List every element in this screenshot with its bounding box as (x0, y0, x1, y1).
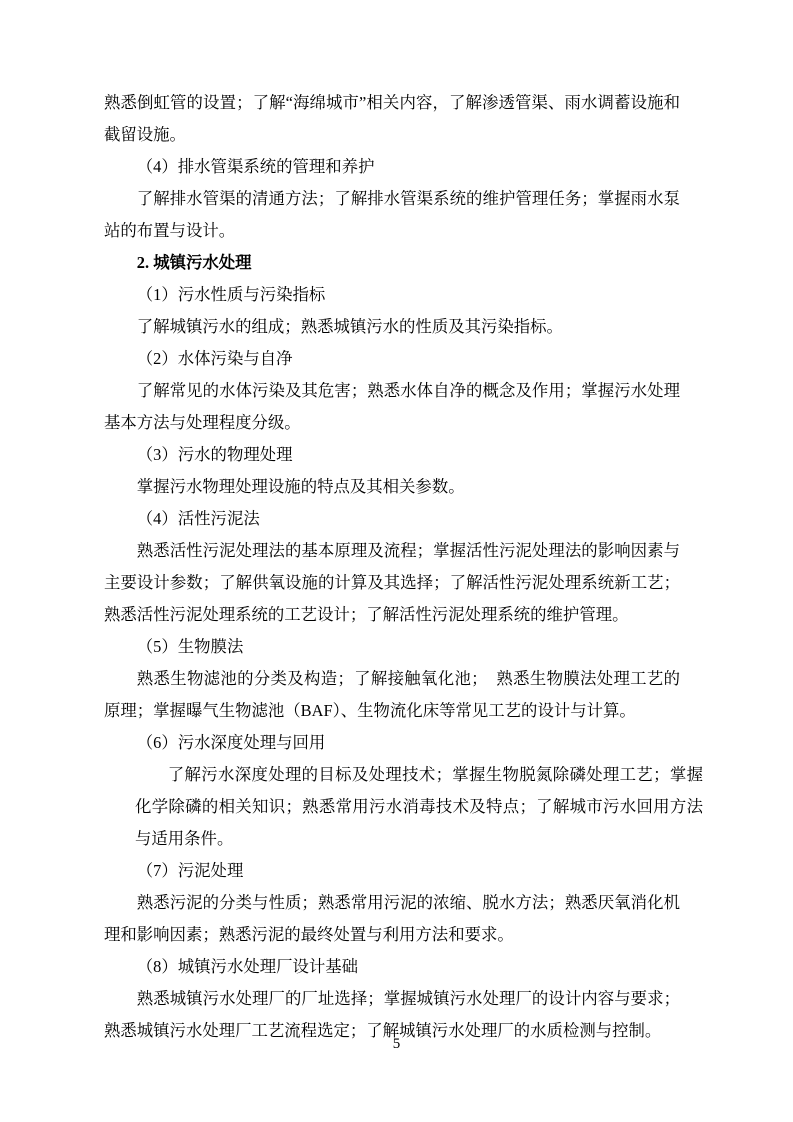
heading-8-plant-design: （8）城镇污水处理厂设计基础 (104, 951, 680, 983)
heading-6-advanced-treatment: （6）污水深度处理与回用 (104, 727, 680, 759)
continuation-paragraph: 熟悉倒虹管的设置；了解“海绵城市”相关内容，了解渗透管渠、雨水调蓄设施和截留设施… (104, 87, 680, 151)
paragraph-advanced-treatment: 了解污水深度处理的目标及处理技术；掌握生物脱氮除磷处理工艺；掌握化学除磷的相关知… (135, 759, 703, 855)
heading-4-activated-sludge: （4）活性污泥法 (104, 503, 680, 535)
heading-5-biofilm-method: （5）生物膜法 (104, 631, 680, 663)
paragraph-activated-sludge: 熟悉活性污泥处理法的基本原理及流程；掌握活性污泥处理法的影响因素与主要设计参数；… (104, 535, 680, 631)
paragraph-drainage-maintenance: 了解排水管渠的清通方法；了解排水管渠系统的维护管理任务；掌握雨水泵站的布置与设计… (104, 183, 680, 247)
section-heading-2-urban-sewage: 2. 城镇污水处理 (104, 247, 680, 279)
document-body: 熟悉倒虹管的设置；了解“海绵城市”相关内容，了解渗透管渠、雨水调蓄设施和截留设施… (104, 87, 680, 1047)
paragraph-sludge-treatment: 熟悉污泥的分类与性质；熟悉常用污泥的浓缩、脱水方法；熟悉厌氧消化机理和影响因素；… (104, 887, 680, 951)
paragraph-biofilm-method: 熟悉生物滤池的分类及构造；了解接触氧化池； 熟悉生物膜法处理工艺的原理；掌握曝气… (104, 663, 680, 727)
paragraph-water-pollution: 了解常见的水体污染及其危害；熟悉水体自净的概念及作用；掌握污水处理基本方法与处理… (104, 375, 680, 439)
document-page: 熟悉倒虹管的设置；了解“海绵城市”相关内容，了解渗透管渠、雨水调蓄设施和截留设施… (0, 0, 793, 1122)
paragraph-sewage-composition: 了解城镇污水的组成；熟悉城镇污水的性质及其污染指标。 (104, 311, 680, 343)
heading-1-sewage-properties: （1）污水性质与污染指标 (104, 279, 680, 311)
heading-2-water-pollution: （2）水体污染与自净 (104, 343, 680, 375)
paragraph-physical-treatment: 掌握污水物理处理设施的特点及其相关参数。 (104, 471, 680, 503)
heading-7-sludge-treatment: （7）污泥处理 (104, 855, 680, 887)
heading-4-management-maintenance: （4）排水管渠系统的管理和养护 (104, 151, 680, 183)
page-number: 5 (0, 1030, 793, 1058)
heading-3-physical-treatment: （3）污水的物理处理 (104, 439, 680, 471)
